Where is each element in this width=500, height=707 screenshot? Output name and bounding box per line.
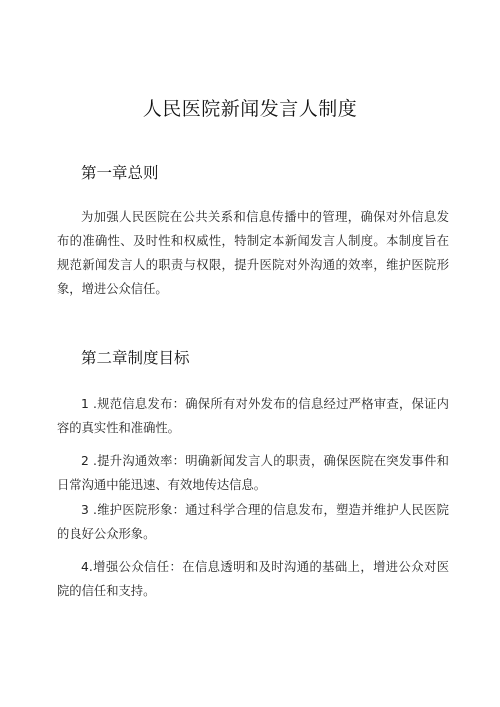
goal-item-2-number: 2 [81,454,89,468]
goal-item-1-text: .规范信息发布：确保所有对外发布的信息经过严格审查，保证内容的真实性和准确性。 [57,397,449,435]
chapter-2-heading: 第二章制度目标 [81,346,190,368]
document-page: 人民医院新闻发言人制度 第一章总则 为加强人民医院在公共关系和信息传播中的管理，… [0,0,500,707]
chapter-1-heading: 第一章总则 [81,161,159,183]
goal-item-4-text: .增强公众信任：在信息透明和及时沟通的基础上，增进公众对医院的信任和支持。 [57,560,449,598]
goal-item-3-text: .维护医院形象：通过科学合理的信息发布，塑造并维护人民医院的良好公众形象。 [57,503,449,541]
goal-item-2: 2 .提升沟通效率：明确新闻发言人的职责，确保医院在突发事件和日常沟通中能迅速、… [57,449,449,497]
chapter-1-paragraph: 为加强人民医院在公共关系和信息传播中的管理，确保对外信息发布的准确性、及时性和权… [57,205,449,301]
goal-item-1-number: 1 [81,397,89,411]
goal-item-4: 4.增强公众信任：在信息透明和及时沟通的基础上，增进公众对医院的信任和支持。 [57,555,449,603]
goal-item-4-number: 4 [81,560,89,574]
goal-item-2-text: .提升沟通效率：明确新闻发言人的职责，确保医院在突发事件和日常沟通中能迅速、有效… [57,454,449,492]
goal-item-1: 1 .规范信息发布：确保所有对外发布的信息经过严格审查，保证内容的真实性和准确性… [57,392,449,440]
goal-item-3: 3 .维护医院形象：通过科学合理的信息发布，塑造并维护人民医院的良好公众形象。 [57,498,449,546]
goal-item-3-number: 3 [81,503,89,517]
document-title: 人民医院新闻发言人制度 [0,94,500,121]
